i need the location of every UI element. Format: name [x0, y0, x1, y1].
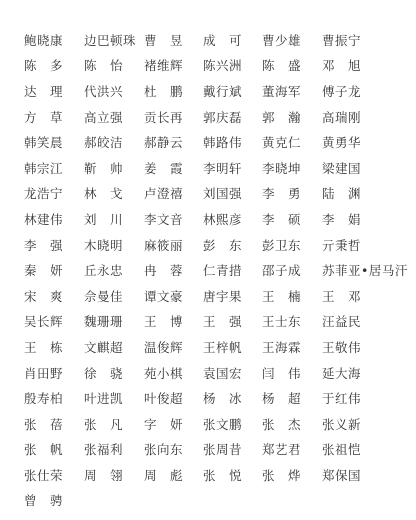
name-list: 鲍晓康 边巴顿珠 曹 昱 成 可 曹少雄 曹振宁 陈 多 陈 怡 褚维辉 陈兴洲…	[24, 28, 416, 514]
name-entry: 苑小棋	[144, 366, 203, 382]
name-row: 龙浩宁 林 戈 卢澄禧 刘国强 李 勇 陆 渊	[24, 182, 416, 208]
name-entry: 叶进凯	[84, 391, 144, 407]
name-entry: 李 硕	[262, 212, 322, 228]
name-entry: 靳 帅	[84, 161, 144, 177]
name-row: 宋 爽 佘曼佳 谭文豪 唐宇果 王 楠 王 邓	[24, 284, 416, 310]
name-entry: 林建伟	[24, 212, 84, 228]
name-row: 王 栋 文麒超 温俊辉 王梓帆 王海霖 王敬伟	[24, 335, 416, 361]
name-entry: 于红伟	[322, 391, 412, 407]
name-entry: 陈 多	[24, 58, 84, 74]
name-entry: 王 博	[144, 314, 203, 330]
name-row: 李 强 木晓明 麻筱丽 彭 东 彭卫东 亓秉哲	[24, 233, 416, 259]
name-entry: 宋 爽	[24, 289, 84, 305]
name-entry: 谭文豪	[144, 289, 203, 305]
name-entry: 张 帆	[24, 442, 84, 458]
name-entry: 卢澄禧	[144, 186, 203, 202]
name-entry: 张福利	[84, 442, 144, 458]
name-entry: 王 邓	[322, 289, 412, 305]
name-entry: 李文音	[144, 212, 203, 228]
name-entry: 韩路伟	[203, 135, 262, 151]
name-row: 林建伟 刘 川 李文音 林熙彦 李 硕 李 娟	[24, 207, 416, 233]
name-entry: 袁国宏	[203, 366, 262, 382]
name-entry: 张文鹏	[203, 417, 262, 433]
name-entry: 肖田野	[24, 366, 84, 382]
name-entry: 温俊辉	[144, 340, 203, 356]
name-entry: 张 蓓	[24, 417, 84, 433]
name-entry: 亓秉哲	[322, 238, 412, 254]
name-entry: 李 勇	[262, 186, 322, 202]
name-entry: 李晓坤	[262, 161, 322, 177]
name-entry: 韩宗江	[24, 161, 84, 177]
name-entry: 张 杰	[262, 417, 322, 433]
name-entry: 曹 昱	[144, 33, 203, 49]
name-entry: 彭卫东	[262, 238, 322, 254]
name-entry: 冉 蓉	[144, 263, 203, 279]
name-entry: 邵子成	[262, 263, 322, 279]
name-entry: 王士东	[262, 314, 322, 330]
name-entry: 龙浩宁	[24, 186, 84, 202]
name-entry: 方 草	[24, 110, 84, 126]
name-entry: 张义新	[322, 417, 412, 433]
name-entry: 苏菲亚•居马汗	[322, 263, 412, 279]
name-entry: 郝皎洁	[84, 135, 144, 151]
name-row: 张 帆 张福利 张向东 张周昔 郑艺君 张祖恺	[24, 438, 416, 464]
name-entry: 邓 旭	[322, 58, 412, 74]
name-row: 张仕荣 周 翎 周 彪 张 悦 张 烨 郑保国	[24, 463, 416, 489]
name-entry: 周 翎	[84, 468, 144, 484]
name-entry: 郑保国	[322, 468, 412, 484]
name-entry: 李明轩	[203, 161, 262, 177]
name-entry: 鲍晓康	[24, 33, 84, 49]
name-entry: 达 理	[24, 84, 84, 100]
name-entry: 贡长再	[144, 110, 203, 126]
name-entry: 刘 川	[84, 212, 144, 228]
name-entry: 陈兴洲	[203, 58, 262, 74]
name-entry: 张祖恺	[322, 442, 412, 458]
name-entry: 文麒超	[84, 340, 144, 356]
name-entry: 林 戈	[84, 186, 144, 202]
name-entry: 成 可	[203, 33, 262, 49]
name-row: 鲍晓康 边巴顿珠 曹 昱 成 可 曹少雄 曹振宁	[24, 28, 416, 54]
name-entry: 陆 渊	[322, 186, 412, 202]
name-entry: 张 凡	[84, 417, 144, 433]
name-entry: 字 妍	[144, 417, 203, 433]
name-entry: 汪益民	[322, 314, 412, 330]
name-entry: 王敬伟	[322, 340, 412, 356]
name-entry: 林熙彦	[203, 212, 262, 228]
name-entry: 曹振宁	[322, 33, 412, 49]
name-entry: 张仕荣	[24, 468, 84, 484]
name-entry: 高立强	[84, 110, 144, 126]
name-entry: 秦 妍	[24, 263, 84, 279]
name-entry: 傅子龙	[322, 84, 412, 100]
name-entry: 杜 鹏	[144, 84, 203, 100]
name-entry: 延大海	[322, 366, 412, 382]
name-entry: 王 栋	[24, 340, 84, 356]
name-entry: 张向东	[144, 442, 203, 458]
name-entry: 木晓明	[84, 238, 144, 254]
name-row: 曾 骋	[24, 489, 416, 515]
name-entry: 姜 霞	[144, 161, 203, 177]
name-entry: 高瑞刚	[322, 110, 412, 126]
name-entry: 王海霖	[262, 340, 322, 356]
name-entry: 陈 怡	[84, 58, 144, 74]
name-entry: 佘曼佳	[84, 289, 144, 305]
name-entry: 王 强	[203, 314, 262, 330]
name-row: 陈 多 陈 怡 褚维辉 陈兴洲 陈 盛 邓 旭	[24, 54, 416, 80]
name-row: 方 草 高立强 贡长再 郭庆磊 郭 瀚 高瑞刚	[24, 105, 416, 131]
name-entry: 董海军	[262, 84, 322, 100]
name-entry: 曾 骋	[24, 493, 84, 509]
name-entry: 魏珊珊	[84, 314, 144, 330]
name-entry: 杨 冰	[203, 391, 262, 407]
name-entry: 张 悦	[203, 468, 262, 484]
name-entry: 郝静云	[144, 135, 203, 151]
name-entry: 殷寿柏	[24, 391, 84, 407]
name-entry: 王梓帆	[203, 340, 262, 356]
name-entry: 梁建国	[322, 161, 412, 177]
name-entry: 代洪兴	[84, 84, 144, 100]
name-entry: 徐 骁	[84, 366, 144, 382]
name-row: 韩宗江 靳 帅 姜 霞 李明轩 李晓坤 梁建国	[24, 156, 416, 182]
name-entry: 黄勇华	[322, 135, 412, 151]
name-entry: 张周昔	[203, 442, 262, 458]
name-entry: 丘永忠	[84, 263, 144, 279]
name-entry: 韩笑晨	[24, 135, 84, 151]
name-entry: 褚维辉	[144, 58, 203, 74]
name-entry: 闫 伟	[262, 366, 322, 382]
name-row: 殷寿柏 叶进凯 叶俊超 杨 冰 杨 超 于红伟	[24, 386, 416, 412]
name-row: 韩笑晨 郝皎洁 郝静云 韩路伟 黄克仁 黄勇华	[24, 130, 416, 156]
name-entry: 麻筱丽	[144, 238, 203, 254]
name-entry: 曹少雄	[262, 33, 322, 49]
name-row: 肖田野 徐 骁 苑小棋 袁国宏 闫 伟 延大海	[24, 361, 416, 387]
name-entry: 唐宇果	[203, 289, 262, 305]
name-row: 吴长辉 魏珊珊 王 博 王 强 王士东 汪益民	[24, 310, 416, 336]
name-entry: 王 楠	[262, 289, 322, 305]
name-entry: 吴长辉	[24, 314, 84, 330]
name-entry: 仁青措	[203, 263, 262, 279]
name-entry: 郭庆磊	[203, 110, 262, 126]
name-entry: 杨 超	[262, 391, 322, 407]
name-entry: 边巴顿珠	[84, 33, 144, 49]
name-entry: 李 强	[24, 238, 84, 254]
name-entry: 周 彪	[144, 468, 203, 484]
name-entry: 戴行斌	[203, 84, 262, 100]
name-row: 秦 妍 丘永忠 冉 蓉 仁青措 邵子成 苏菲亚•居马汗	[24, 258, 416, 284]
name-entry: 陈 盛	[262, 58, 322, 74]
name-entry: 李 娟	[322, 212, 412, 228]
name-entry: 刘国强	[203, 186, 262, 202]
name-entry: 郑艺君	[262, 442, 322, 458]
name-entry: 叶俊超	[144, 391, 203, 407]
name-entry: 彭 东	[203, 238, 262, 254]
name-entry: 黄克仁	[262, 135, 322, 151]
name-row: 达 理 代洪兴 杜 鹏 戴行斌 董海军 傅子龙	[24, 79, 416, 105]
name-row: 张 蓓 张 凡 字 妍 张文鹏 张 杰 张义新	[24, 412, 416, 438]
name-entry: 郭 瀚	[262, 110, 322, 126]
name-entry: 张 烨	[262, 468, 322, 484]
